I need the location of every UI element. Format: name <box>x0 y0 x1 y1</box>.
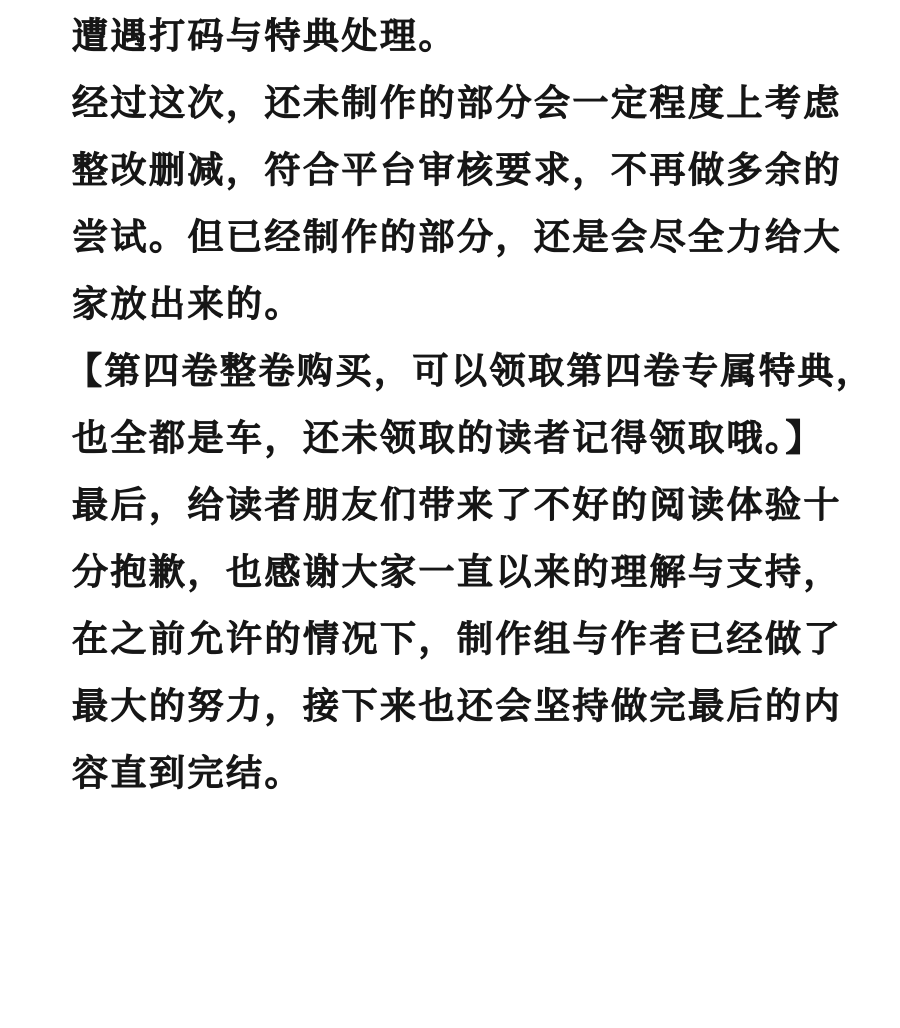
text-line: 遭遇打码与特典处理。 <box>72 0 870 67</box>
text-line: 整改删减，符合平台审核要求，不再做多余的 <box>72 134 870 201</box>
text-line: 分抱歉，也感谢大家一直以来的理解与支持， <box>72 536 870 603</box>
text-line: 在之前允许的情况下，制作组与作者已经做了 <box>72 603 870 670</box>
text-line: 最后，给读者朋友们带来了不好的阅读体验十 <box>72 469 870 536</box>
text-line: 经过这次，还未制作的部分会一定程度上考虑 <box>72 67 870 134</box>
text-line: 最大的努力，接下来也还会坚持做完最后的内 <box>72 670 870 737</box>
text-line: 容直到完结。 <box>72 737 870 804</box>
text-line: 尝试。但已经制作的部分，还是会尽全力给大 <box>72 201 870 268</box>
document-page: 遭遇打码与特典处理。 经过这次，还未制作的部分会一定程度上考虑 整改删减，符合平… <box>0 0 900 1028</box>
text-line: 也全都是车，还未领取的读者记得领取哦。】 <box>72 402 870 469</box>
text-line: 家放出来的。 <box>72 268 870 335</box>
notice-text-block: 遭遇打码与特典处理。 经过这次，还未制作的部分会一定程度上考虑 整改删减，符合平… <box>72 0 870 804</box>
text-line: 【第四卷整卷购买，可以领取第四卷专属特典， <box>66 335 870 402</box>
